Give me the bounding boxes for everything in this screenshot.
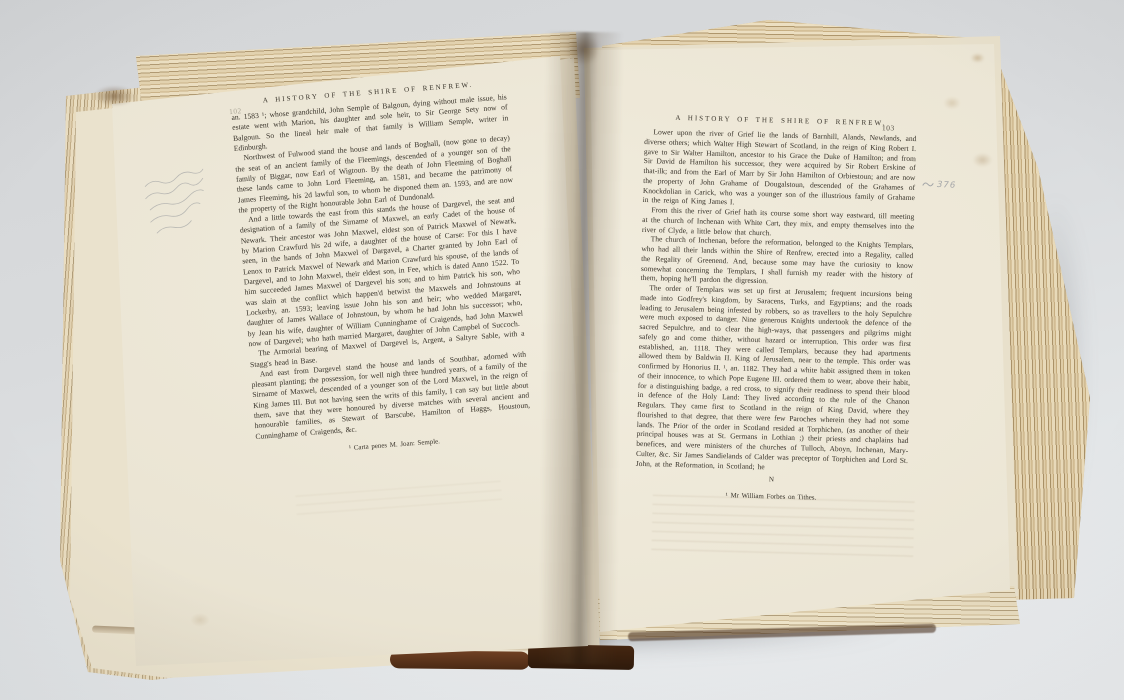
corner-stain [92, 82, 148, 110]
right-page-paragraphs: Lower upon the river of Grief lie the la… [636, 127, 917, 475]
paragraph: Lower upon the river of Grief lie the la… [643, 127, 917, 212]
left-page-number: 102 [229, 106, 242, 117]
paragraph: The church of Inchenan, before the refor… [641, 234, 914, 290]
gutter-shadow [539, 32, 624, 665]
pencil-page-reference: 376 [922, 179, 957, 191]
paragraph: And a little towards the east from this … [239, 195, 524, 349]
pencil-squiggle-icon [922, 180, 934, 189]
pencil-number: 376 [937, 180, 957, 191]
foxing-stains [928, 46, 1008, 196]
right-page-text: A HISTORY OF THE SHIRE OF RENFREW. 103 L… [635, 112, 917, 506]
photo-of-open-antique-book: 102 A HISTORY OF THE SHIRE OF RENFREW. a… [0, 0, 1124, 700]
left-page-paragraphs: an. 1583 ¹; whose grandchild, John Sempl… [231, 92, 531, 442]
left-page-text: 102 A HISTORY OF THE SHIRE OF RENFREW. a… [230, 77, 532, 460]
right-page-number: 103 [882, 123, 895, 133]
paragraph: The order of Templars was set up first a… [636, 283, 913, 475]
signature-mark: N [635, 472, 907, 488]
gutter-top-shadow [560, 26, 606, 72]
